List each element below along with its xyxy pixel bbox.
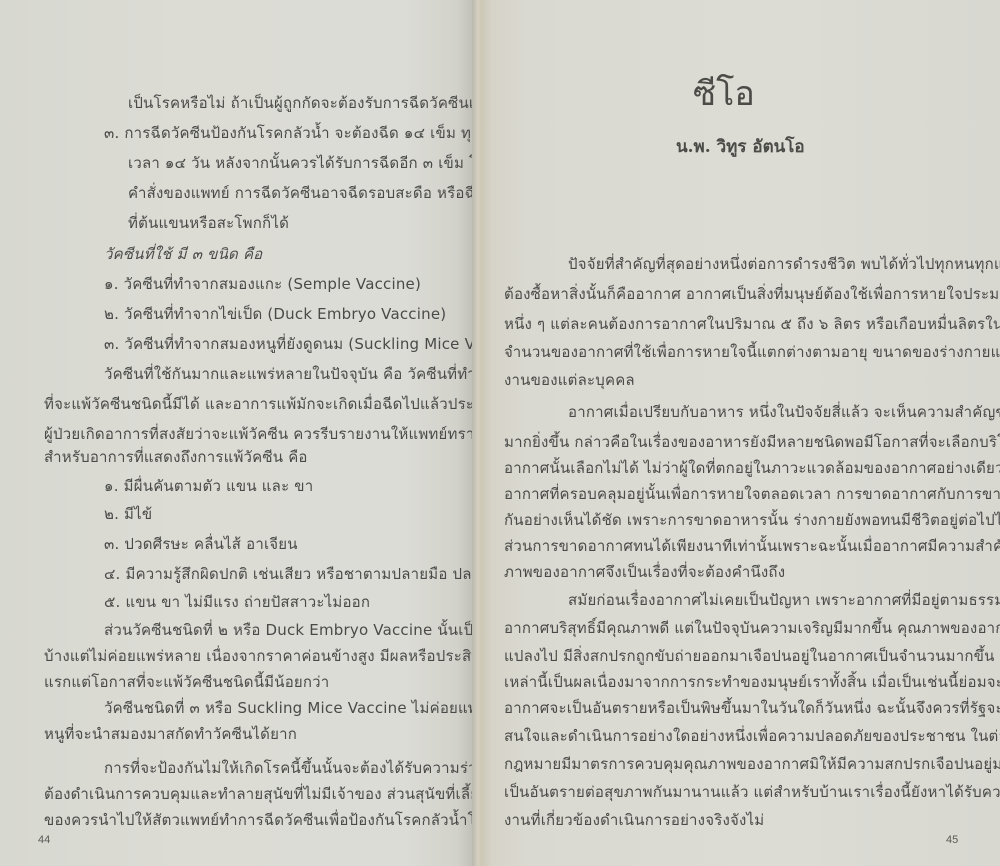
- text-line: อากาศบริสุทธิ์มีคุณภาพดี แต่ในปัจจุบันคว…: [504, 616, 1000, 640]
- text-line: ๔. มีความรู้สึกผิดปกติ เช่นเสียว หรือชาต…: [104, 562, 476, 586]
- text-line: เวลา ๑๔ วัน หลังจากนั้นควรได้รับการฉีดอี…: [128, 151, 476, 175]
- text-line: ๒. มีไข้: [104, 502, 152, 526]
- text-line: อากาศที่ครอบคลุมอยู่นั้นเพื่อการหายใจตลอ…: [504, 482, 1000, 506]
- chapter-author: น.พ. วิทูร อัตนโอ: [676, 133, 805, 160]
- text-line: ของควรนำไปให้สัตวแพทย์ทำการฉีดวัคซีนเพื่…: [44, 808, 476, 832]
- text-line: วัคซีนที่ใช้กันมากและแพร่หลายในปัจจุบัน …: [104, 362, 476, 386]
- text-line: คำสั่งของแพทย์ การฉีดวัคซีนอาจฉีดรอบสะดื…: [128, 181, 476, 205]
- text-line: ที่ต้นแขนหรือสะโพกก็ได้: [128, 211, 289, 235]
- right-page: ซีโอ น.พ. วิทูร อัตนโอ 45 ปัจจัยที่สำคัญ…: [476, 0, 1000, 866]
- left-page: 44 เป็นโรคหรือไม่ ถ้าเป็นผู้ถูกกัดจะต้อง…: [0, 0, 476, 866]
- text-line: เป็นโรคหรือไม่ ถ้าเป็นผู้ถูกกัดจะต้องรับ…: [128, 91, 476, 115]
- text-line: แปลงไป มีสิ่งสกปรกถูกขับถ่ายออกมาเจือปนอ…: [504, 644, 1000, 668]
- text-line: การที่จะป้องกันไม่ให้เกิดโรคนี้ขึ้นนั้นจ…: [104, 756, 476, 780]
- text-line: กันอย่างเห็นได้ชัด เพราะการขาดอาหารนั้น …: [504, 508, 1000, 532]
- page-number-left: 44: [38, 834, 50, 846]
- text-line: สนใจและดำเนินการอย่างใดอย่างหนึ่งเพื่อคว…: [504, 724, 1000, 748]
- text-line: สมัยก่อนเรื่องอากาศไม่เคยเป็นปัญหา เพราะ…: [568, 588, 1000, 612]
- text-line: จำนวนของอากาศที่ใช้เพื่อการหายใจนี้แตกต่…: [504, 340, 1000, 364]
- text-line: ที่จะแพ้วัคซีนชนิดนี้มีได้ และอาการแพ้มั…: [44, 392, 476, 416]
- text-line: อากาศจะเป็นอันตรายหรือเป็นพิษขึ้นมาในวัน…: [504, 696, 1000, 720]
- text-line: หนึ่ง ๆ แต่ละคนต้องการอากาศในปริมาณ ๕ ถึ…: [504, 312, 1000, 336]
- text-line: ๒. วัคซีนที่ทำจากไข่เป็ด (Duck Embryo Va…: [104, 302, 446, 326]
- text-line: แรกแต่โอกาสที่จะแพ้วัคซีนชนิดนี้มีน้อยกว…: [44, 670, 329, 694]
- text-line: ๓. การฉีดวัคซีนป้องกันโรคกลัวน้ำ จะต้องฉ…: [104, 121, 476, 145]
- text-line: บ้างแต่ไม่ค่อยแพร่หลาย เนื่องจากราคาค่อน…: [44, 644, 476, 668]
- text-line: วัคซีนชนิดที่ ๓ หรือ Suckling Mice Vacci…: [104, 696, 476, 720]
- text-line: หนูที่จะนำสมองมาสกัดทำวัคซีนได้ยาก: [44, 722, 297, 746]
- text-line: ภาพของอากาศจึงเป็นเรื่องที่จะต้องคำนึงถึ…: [504, 560, 785, 584]
- text-line: ต้องซื้อหาสิ่งนั้นก็คืออากาศ อากาศเป็นสิ…: [504, 282, 1000, 306]
- text-line: เป็นอันตรายต่อสุขภาพกันมานานแล้ว แต่สำหร…: [504, 780, 1000, 804]
- text-line: ๕. แขน ขา ไม่มีแรง ถ่ายปัสสาวะไม่ออก: [104, 590, 370, 614]
- text-line: วัคซีนที่ใช้ มี ๓ ขนิด คือ: [104, 242, 262, 266]
- text-line: ๓. ปวดศีรษะ คลื่นไส้ อาเจียน: [104, 532, 298, 556]
- text-line: ๑. วัคซีนที่ทำจากสมองแกะ (Semple Vaccine…: [104, 272, 421, 296]
- text-line: ต้องดำเนินการควบคุมและทำลายสุนัขที่ไม่มี…: [44, 782, 476, 806]
- text-line: ๓. วัคซีนที่ทำจากสมองหนูที่ยังดูดนม (Suc…: [104, 332, 476, 356]
- text-line: เหล่านี้เป็นผลเนื่องมาจากการกระทำของมนุษ…: [504, 670, 1000, 694]
- text-line: อากาศนั้นเลือกไม่ได้ ไม่ว่าผู้ใดที่ตกอยู…: [504, 456, 1000, 480]
- book-spine: [472, 0, 482, 866]
- text-line: ส่วนวัคซีนชนิดที่ ๒ หรือ Duck Embryo Vac…: [104, 618, 476, 642]
- text-line: ปัจจัยที่สำคัญที่สุดอย่างหนึ่งต่อการดำรง…: [568, 252, 1000, 276]
- text-line: สำหรับอาการที่แสดงถึงการแพ้วัคซีน คือ: [44, 445, 308, 469]
- text-line: กฎหมายมีมาตรการควบคุมคุณภาพของอากาศมิให้…: [504, 752, 1000, 776]
- text-line: ผู้ป่วยเกิดอาการที่สงสัยว่าจะแพ้วัคซีน ค…: [44, 422, 476, 446]
- text-line: มากยิ่งขึ้น กล่าวคือในเรื่องของอาหารยังม…: [504, 430, 1000, 454]
- chapter-title: ซีโอ: [693, 66, 755, 120]
- text-line: งานของแต่ละบุคคล: [504, 368, 635, 392]
- text-line: อากาศเมื่อเปรียบกับอาหาร หนึ่งในปัจจัยสี…: [568, 400, 1000, 424]
- text-line: ๑. มีผื่นคันตามตัว แขน และ ขา: [104, 474, 313, 498]
- text-line: งานที่เกี่ยวข้องดำเนินการอย่างจริงจังไม่: [504, 808, 764, 832]
- text-line: ส่วนการขาดอากาศทนได้เพียงนาทีเท่านั้นเพร…: [504, 534, 1000, 558]
- page-number-right: 45: [946, 834, 958, 846]
